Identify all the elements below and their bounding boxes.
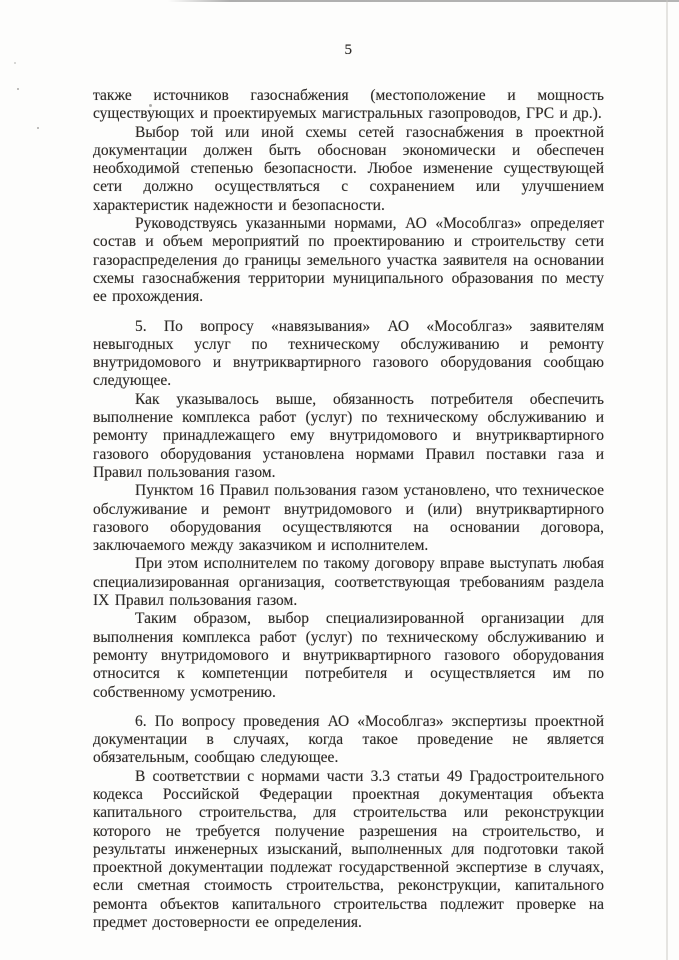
scan-edge-artifact-right [666,0,668,960]
paragraph-mosoblgaz-scope: Руководствуясь указанными нормами, АО «М… [93,215,604,306]
scan-noise-speck [17,88,19,90]
section-6-expertise-paragraph: 6. По вопросу проведения АО «Мособлгаз» … [93,713,604,768]
scan-noise-speck [37,127,39,129]
section-5-imposed-services-paragraph: 5. По вопросу «навязывания» АО «Мособлга… [93,318,604,391]
paragraph-urban-planning-code: В соответствии с нормами части 3.3 стать… [93,768,604,933]
scan-noise-speck [14,62,16,64]
scanned-document-page: 5 также источников газоснабжения (местоп… [0,0,679,960]
paragraph-gas-supply-sources: также источников газоснабжения (местопол… [93,87,604,124]
page-number: 5 [93,42,604,59]
document-body: 5 также источников газоснабжения (местоп… [93,42,604,932]
paragraph-consumer-obligation: Как указывалось выше, обязанность потреб… [93,391,604,482]
paragraph-network-scheme-choice: Выбор той или иной схемы сетей газоснабж… [93,124,604,215]
paragraph-point-16-gas-rules: Пунктом 16 Правил пользования газом уста… [93,482,604,555]
scan-edge-artifact-top [168,0,679,2]
paragraph-consumer-discretion: Таким образом, выбор специализированной … [93,610,604,701]
paragraph-contractor-eligibility: При этом исполнителем по такому договору… [93,555,604,610]
